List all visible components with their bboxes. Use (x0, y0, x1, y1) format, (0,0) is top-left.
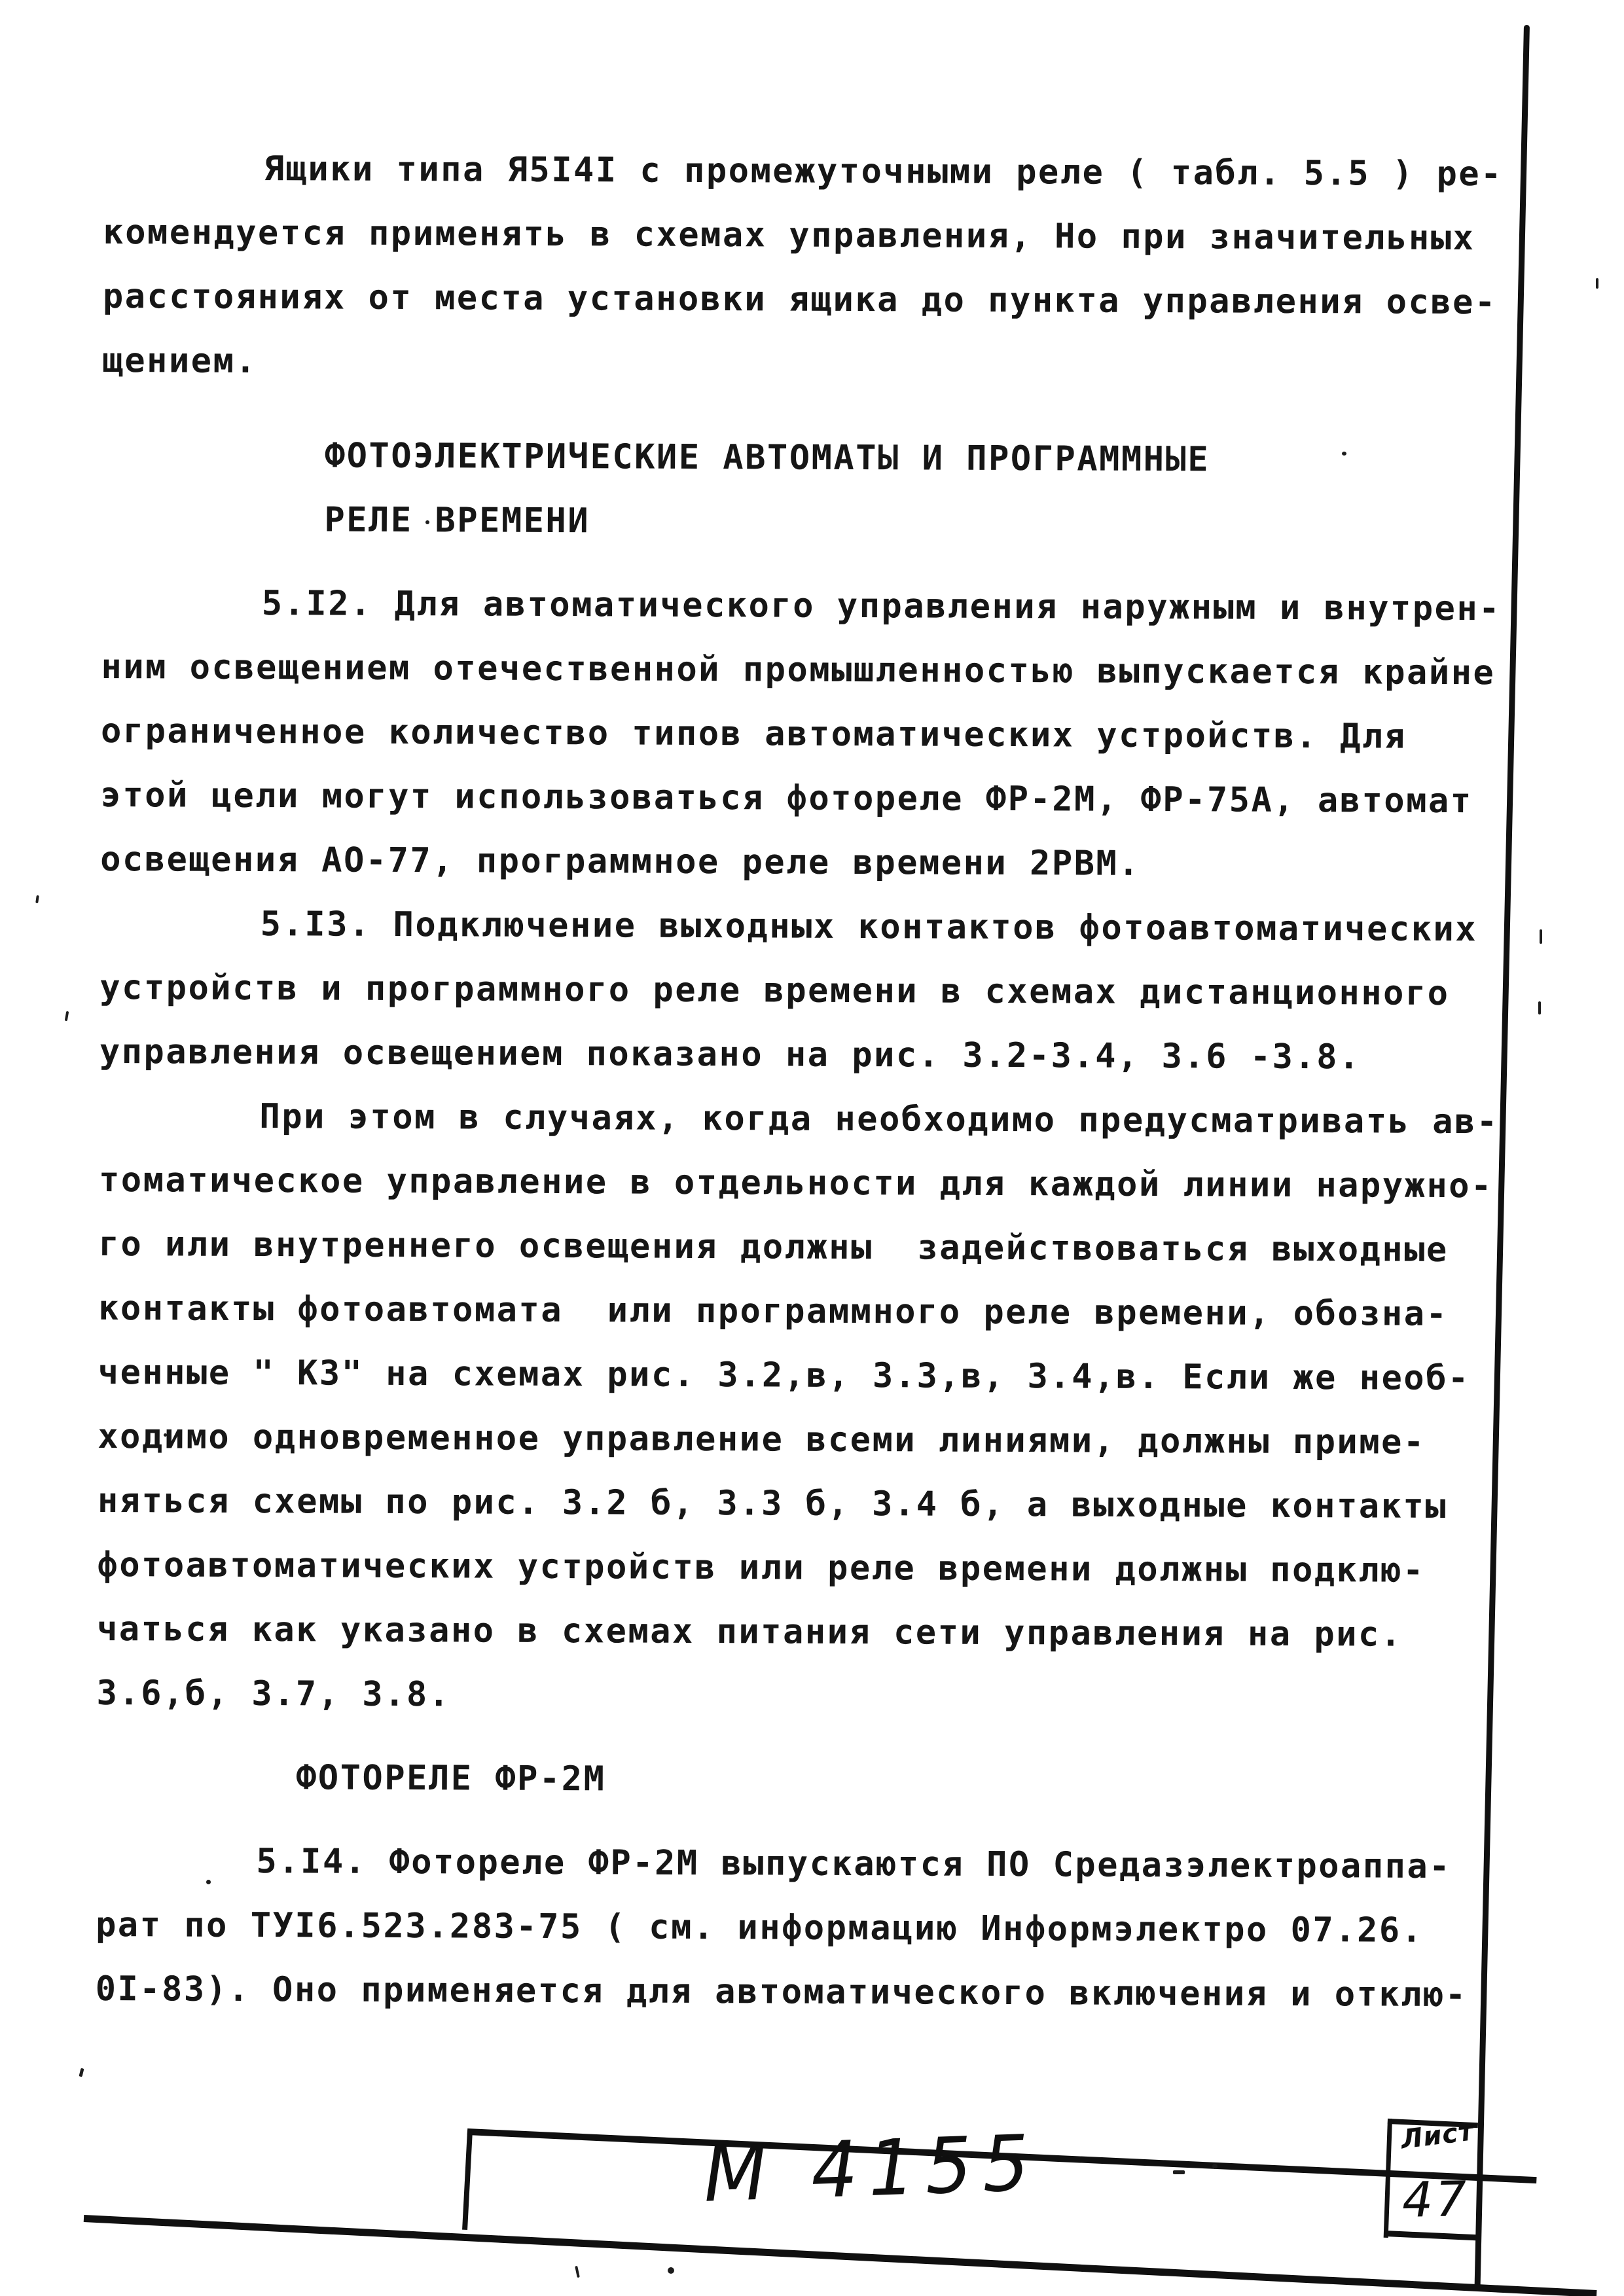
scan-speck (65, 1011, 69, 1021)
scan-speck (575, 2266, 580, 2278)
text-line: расстояниях от места установки ящика до … (103, 264, 1523, 334)
text-line: РЕЛЕ ВРЕМЕНИ (101, 487, 1522, 557)
document-lines: Ящики типа Я5I4I с промежуточными реле (… (95, 136, 1524, 2027)
scan-speck (79, 2068, 84, 2077)
text-line: устройств и программного реле времени в … (99, 956, 1520, 1026)
text-line: 5.I3. Подключение выходных контактов фот… (100, 891, 1521, 961)
text-line: щением. (102, 329, 1523, 399)
scan-speck (1173, 2170, 1185, 2174)
scan-speck (164, 1433, 167, 1437)
scan-speck (1596, 278, 1598, 289)
scan-speck (1538, 1001, 1541, 1014)
page-number-handwriting: 47 (1401, 2171, 1470, 2229)
text-line: ним освещением отечественной промышленно… (101, 635, 1521, 705)
text-line: няться схемы по рис. 3.2 б, 3.3 б, 3.4 б… (98, 1469, 1518, 1539)
text-line: го или внутреннего освещения должны заде… (98, 1212, 1519, 1282)
stamp-box-left-border (462, 2130, 473, 2230)
text-line: комендуется применять в схемах управлени… (103, 200, 1523, 270)
text-line: ченные " КЗ" на схемах рис. 3.2,в, 3.3,в… (98, 1340, 1519, 1410)
text-line: рат по ТУI6.523.283-75 ( см. информацию … (96, 1893, 1516, 1963)
text-line: фотоавтоматических устройств или реле вр… (97, 1533, 1517, 1603)
text-line: 3.6,б, 3.7, 3.8. (96, 1661, 1517, 1731)
scan-speck (206, 1880, 211, 1884)
text-line: освещения АО-77, программное реле времен… (100, 827, 1521, 897)
sheet-box-left-border (1384, 2119, 1392, 2238)
stamp-code-handwriting: М 4155 (702, 2119, 1041, 2219)
text-line: ФОТОРЕЛЕ ФР-2М (96, 1745, 1517, 1815)
text-line: ФОТОЭЛЕКТРИЧЕСКИЕ АВТОМАТЫ И ПРОГРАММНЫЕ (102, 423, 1523, 493)
scan-speck (35, 895, 39, 903)
scan-speck (1342, 452, 1346, 456)
text-line: ограниченное количество типов автоматиче… (101, 699, 1521, 769)
text-line: 0I-83). Оно применяется для автоматическ… (95, 1957, 1515, 2027)
scan-speck (425, 520, 429, 524)
text-line: томатическое управление в отдельности дл… (99, 1148, 1519, 1218)
scanned-document-page: Ящики типа Я5I4I с промежуточными реле (… (0, 0, 1624, 2296)
text-line: При этом в случаях, когда необходимо пре… (99, 1084, 1519, 1154)
text-line: 5.I2. Для автоматического управления нар… (101, 571, 1522, 641)
text-line: ходимо одновременное управление всеми ли… (98, 1405, 1518, 1475)
text-line: чаться как указано в схемах питания сети… (97, 1597, 1517, 1667)
text-line: контакты фотоавтомата или программного р… (98, 1276, 1519, 1346)
scan-speck (668, 2267, 674, 2274)
stamp-box-bottom-border (84, 2215, 1597, 2296)
scan-speck (1540, 929, 1542, 944)
scan-speck (1212, 2164, 1218, 2169)
text-line: управления освещением показано на рис. 3… (99, 1020, 1520, 1090)
text-line: Ящики типа Я5I4I с промежуточными реле (… (103, 136, 1524, 206)
text-line: 5.I4. Фотореле ФР-2М выпускаются ПО Сред… (96, 1829, 1516, 1899)
sheet-box-bottom-border (1386, 2231, 1480, 2241)
text-line: этой цели могут использоваться фотореле … (100, 763, 1521, 833)
